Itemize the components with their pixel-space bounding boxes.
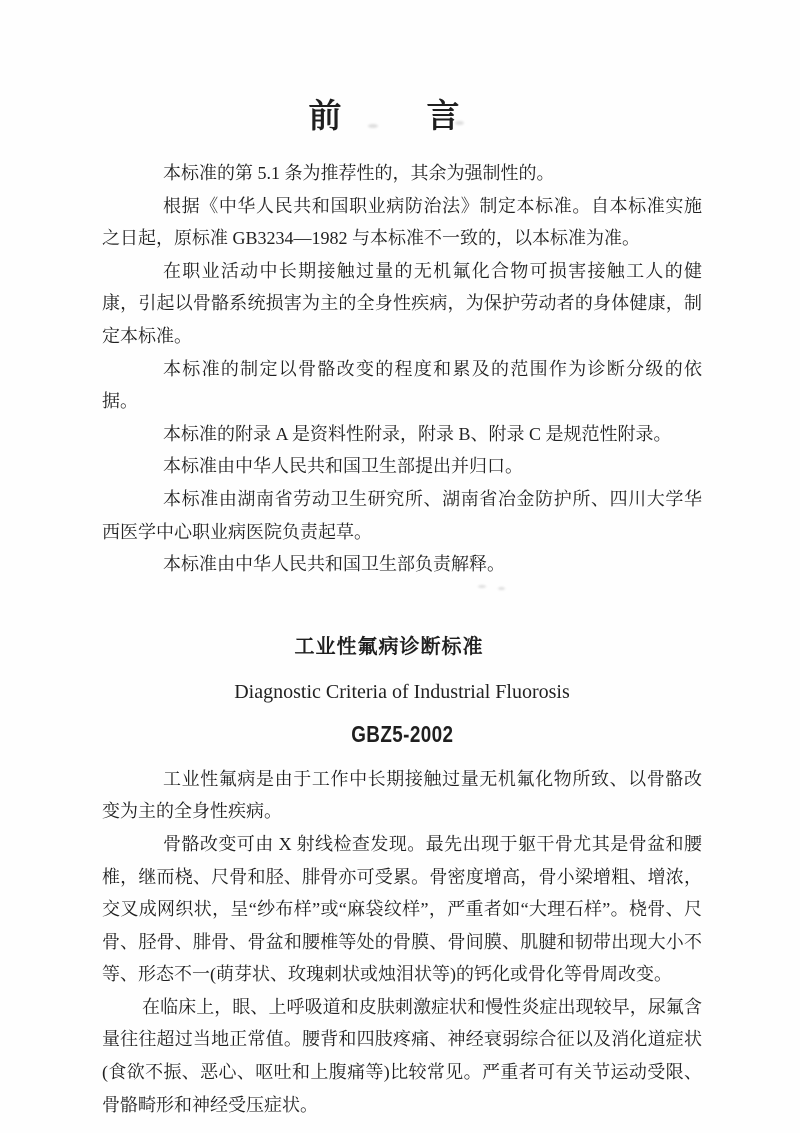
standard-title-en: Diagnostic Criteria of Industrial Fluoro… bbox=[102, 679, 702, 706]
document-page: 前 言 本标准的第 5.1 条为推荐性的，其余为强制性的。 根据《中华人民共和国… bbox=[0, 0, 800, 1133]
standard-code: GBZ5-2002 bbox=[102, 722, 702, 750]
text-column: 前 言 本标准的第 5.1 条为推荐性的，其余为强制性的。 根据《中华人民共和国… bbox=[0, 0, 800, 1121]
scan-artifact bbox=[478, 585, 486, 588]
standard-paragraph: 工业性氟病是由于工作中长期接触过量无机氟化物所致、以骨骼改变为主的全身性疾病。 bbox=[102, 763, 702, 828]
scan-artifact bbox=[498, 587, 505, 590]
foreword-section: 前 言 本标准的第 5.1 条为推荐性的，其余为强制性的。 根据《中华人民共和国… bbox=[102, 0, 702, 581]
foreword-body: 本标准的第 5.1 条为推荐性的，其余为强制性的。 根据《中华人民共和国职业病防… bbox=[102, 157, 702, 581]
foreword-title-char-left: 前 bbox=[309, 99, 342, 135]
foreword-paragraph: 本标准的第 5.1 条为推荐性的，其余为强制性的。 bbox=[102, 157, 702, 190]
foreword-title-char-right: 言 bbox=[427, 99, 460, 135]
foreword-paragraph: 本标准的制定以骨骼改变的程度和累及的范围作为诊断分级的依据。 bbox=[102, 353, 702, 418]
foreword-title: 前 言 bbox=[84, 0, 684, 135]
standard-code-text: GBZ5-2002 bbox=[351, 722, 453, 746]
standard-body: 工业性氟病是由于工作中长期接触过量无机氟化物所致、以骨骼改变为主的全身性疾病。 … bbox=[102, 763, 702, 1122]
standard-paragraph: 骨骼改变可由 X 射线检查发现。最先出现于躯干骨尤其是骨盆和腰椎，继而桡、尺骨和… bbox=[102, 828, 702, 991]
scan-artifact bbox=[368, 124, 378, 128]
standard-title-cn: 工业性氟病诊断标准 bbox=[89, 634, 689, 660]
foreword-paragraph: 本标准由湖南省劳动卫生研究所、湖南省冶金防护所、四川大学华西医学中心职业病医院负… bbox=[102, 483, 702, 548]
standard-paragraph: 在临床上，眼、上呼吸道和皮肤刺激症状和慢性炎症出现较早，尿氟含量往往超过当地正常… bbox=[102, 991, 702, 1121]
foreword-paragraph: 本标准的附录 A 是资料性附录，附录 B、附录 C 是规范性附录。 bbox=[102, 418, 702, 451]
foreword-paragraph: 本标准由中华人民共和国卫生部负责解释。 bbox=[102, 548, 702, 581]
foreword-paragraph: 根据《中华人民共和国职业病防治法》制定本标准。自本标准实施之日起，原标准 GB3… bbox=[102, 190, 702, 255]
foreword-paragraph: 在职业活动中长期接触过量的无机氟化合物可损害接触工人的健康，引起以骨骼系统损害为… bbox=[102, 255, 702, 353]
scan-artifact bbox=[455, 121, 464, 125]
standard-section: 工业性氟病诊断标准 Diagnostic Criteria of Industr… bbox=[102, 634, 702, 1122]
foreword-paragraph: 本标准由中华人民共和国卫生部提出并归口。 bbox=[102, 450, 702, 483]
